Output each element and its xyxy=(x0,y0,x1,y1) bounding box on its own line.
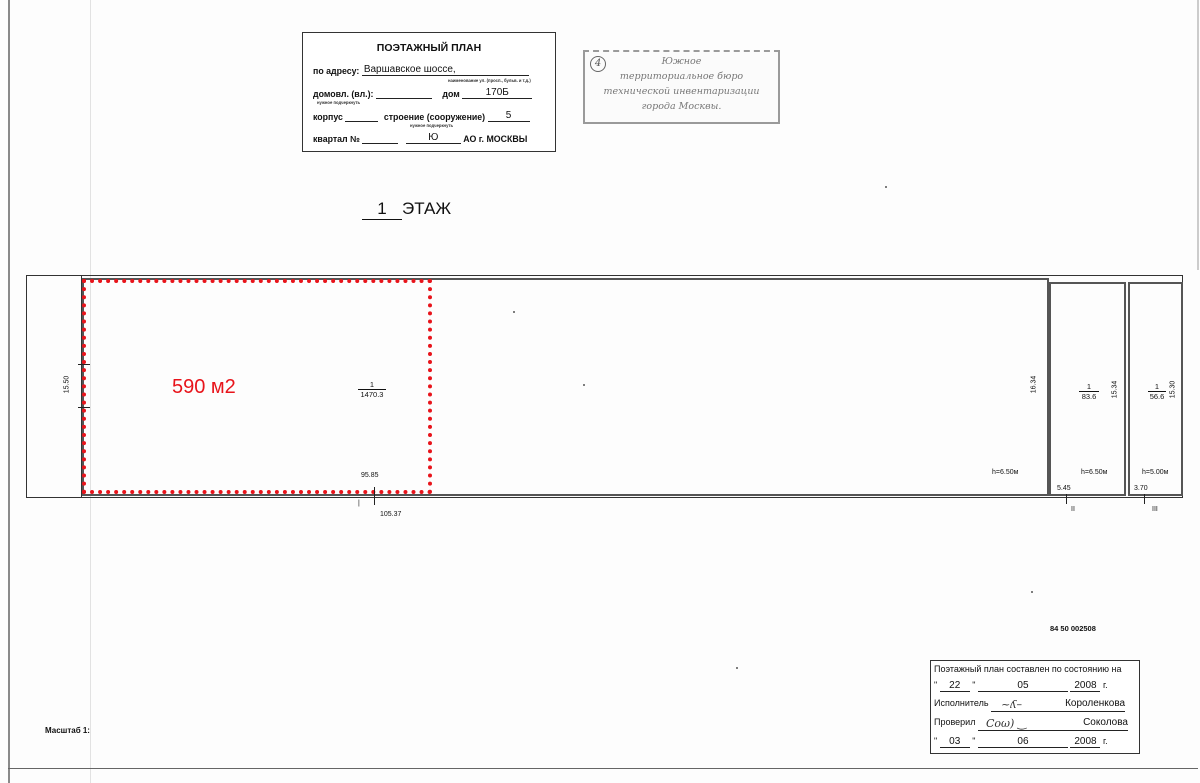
executor-row: Исполнитель ~ʎ–Короленкова xyxy=(934,698,1125,712)
room-II-marker: II xyxy=(1071,506,1075,513)
cert-date-2: " 03 " 06 2008 г. xyxy=(934,736,1108,748)
address-value: Варшавское шоссе, xyxy=(362,64,529,76)
scan-speck xyxy=(583,384,585,386)
room-II-label: 1 83.6 xyxy=(1079,382,1099,401)
dim-tick xyxy=(1066,494,1067,504)
cert-heading: Поэтажный план составлен по состоянию на xyxy=(934,664,1122,674)
dim-tick xyxy=(374,487,375,505)
scan-speck xyxy=(513,311,515,313)
korpus-label: корпус xyxy=(313,112,343,122)
checker-line: Coω) ‿Соколова xyxy=(978,717,1128,731)
dim-tick xyxy=(78,364,90,365)
room-I-length: 95.85 xyxy=(361,472,379,479)
quote-mark: " xyxy=(972,680,975,690)
checker-signature: Coω) ‿ xyxy=(986,717,1027,730)
room-III-label: 1 56.6 xyxy=(1148,382,1166,401)
plan-title: ПОЭТАЖНЫЙ ПЛАН xyxy=(303,42,555,54)
cert-date-1: " 22 " 05 2008 г. xyxy=(934,680,1108,692)
room-III-area: 56.6 xyxy=(1148,391,1166,401)
date2-year: 2008 xyxy=(1070,736,1100,748)
room-III-length: 3.70 xyxy=(1134,485,1148,492)
korpus-value xyxy=(345,110,378,122)
room-II-number: 1 xyxy=(1079,382,1099,391)
room-II-width: 15.34 xyxy=(1111,381,1118,399)
domovl-label: домовл. (вл.): xyxy=(313,89,374,99)
page-edge-right xyxy=(1197,0,1199,270)
floor-label: 1ЭТАЖ xyxy=(362,199,451,220)
date1-suffix: г. xyxy=(1103,680,1108,690)
room-II-length: 5.45 xyxy=(1057,485,1071,492)
page-bottom-rule xyxy=(8,768,1198,769)
certification-box: Поэтажный план составлен по состоянию на… xyxy=(930,660,1140,754)
scale-label: Масштаб 1: xyxy=(45,726,90,735)
vestibule xyxy=(26,275,82,498)
stamp-line-1: Южное xyxy=(585,56,778,67)
room-I-label: 1 1470.3 xyxy=(358,380,386,399)
highlighted-area-label: 590 м2 xyxy=(172,376,236,399)
district-value: Ю xyxy=(406,132,461,144)
scan-speck xyxy=(736,667,738,669)
registration-code: 84 50 002508 xyxy=(1050,624,1096,633)
korpus-row: корпус строение (сооружение) 5 xyxy=(313,110,530,122)
checker-row: Проверил Coω) ‿Соколова xyxy=(934,717,1128,731)
domovl-value xyxy=(376,87,432,99)
scan-speck xyxy=(1031,591,1033,593)
dim-tick xyxy=(1144,494,1145,504)
stamp-line-3: технической инвентаризации xyxy=(585,86,778,97)
quote-mark: " xyxy=(934,736,937,746)
room-I-marker: | xyxy=(358,500,360,507)
room-I-width-left: 15.50 xyxy=(63,376,70,394)
page-binding-edge xyxy=(8,0,10,783)
district-suffix: АО г. МОСКВЫ xyxy=(463,134,527,144)
room-III-number: 1 xyxy=(1148,382,1166,391)
house-label: дом xyxy=(442,89,459,99)
floor-number: 1 xyxy=(362,199,402,220)
building-value: 5 xyxy=(488,110,530,122)
quarter-row: квартал № Ю АО г. МОСКВЫ xyxy=(313,132,527,144)
room-I-number: 1 xyxy=(358,380,386,389)
house-value: 170Б xyxy=(462,87,532,99)
quarter-label: квартал № xyxy=(313,134,360,144)
quarter-value xyxy=(362,132,398,144)
room-III-height: h=5.00м xyxy=(1142,469,1168,476)
floor-word: ЭТАЖ xyxy=(402,199,451,218)
checker-label: Проверил xyxy=(934,717,975,727)
room-III-marker: III xyxy=(1152,506,1158,513)
title-block: ПОЭТАЖНЫЙ ПЛАН по адресу: Варшавское шос… xyxy=(302,32,556,152)
domovl-row: домовл. (вл.): дом 170Б xyxy=(313,87,532,99)
scan-speck xyxy=(885,186,887,188)
checker-name: Соколова xyxy=(1083,717,1128,728)
domovl-note: нужное подчеркнуть xyxy=(317,100,360,105)
quote-mark: " xyxy=(934,680,937,690)
room-I-area: 1470.3 xyxy=(358,389,386,399)
date2-day: 03 xyxy=(940,736,970,748)
room-II-area: 83.6 xyxy=(1079,391,1099,401)
executor-signature: ~ʎ– xyxy=(1001,698,1022,711)
stamp-line-4: города Москвы. xyxy=(585,101,778,112)
room-I-width-right: 16.34 xyxy=(1030,376,1037,394)
room-I-height: h=6.50м xyxy=(992,469,1018,476)
address-note: наименование ул. (просп., бульв. и т.д.) xyxy=(448,78,531,83)
address-label: по адресу: xyxy=(313,66,359,76)
building-label: строение (сооружение) xyxy=(384,112,485,122)
stamp-line-2: территориальное бюро xyxy=(585,71,778,82)
executor-label: Исполнитель xyxy=(934,698,989,708)
date2-month: 06 xyxy=(978,736,1068,748)
quote-mark: " xyxy=(972,736,975,746)
date2-suffix: г. xyxy=(1103,736,1108,746)
building-note: нужное подчеркнуть xyxy=(410,123,453,128)
date1-year: 2008 xyxy=(1070,680,1100,692)
room-II-height: h=6.50м xyxy=(1081,469,1107,476)
executor-line: ~ʎ–Короленкова xyxy=(991,698,1125,712)
room-I-total-length: 105.37 xyxy=(380,511,401,518)
address-row: по адресу: Варшавское шоссе, xyxy=(313,64,529,76)
bti-stamp: 4 Южное территориальное бюро технической… xyxy=(583,50,780,124)
dim-tick xyxy=(78,407,90,408)
room-III-width: 15.30 xyxy=(1169,381,1176,399)
date1-month: 05 xyxy=(978,680,1068,692)
date1-day: 22 xyxy=(940,680,970,692)
executor-name: Короленкова xyxy=(1065,698,1125,709)
